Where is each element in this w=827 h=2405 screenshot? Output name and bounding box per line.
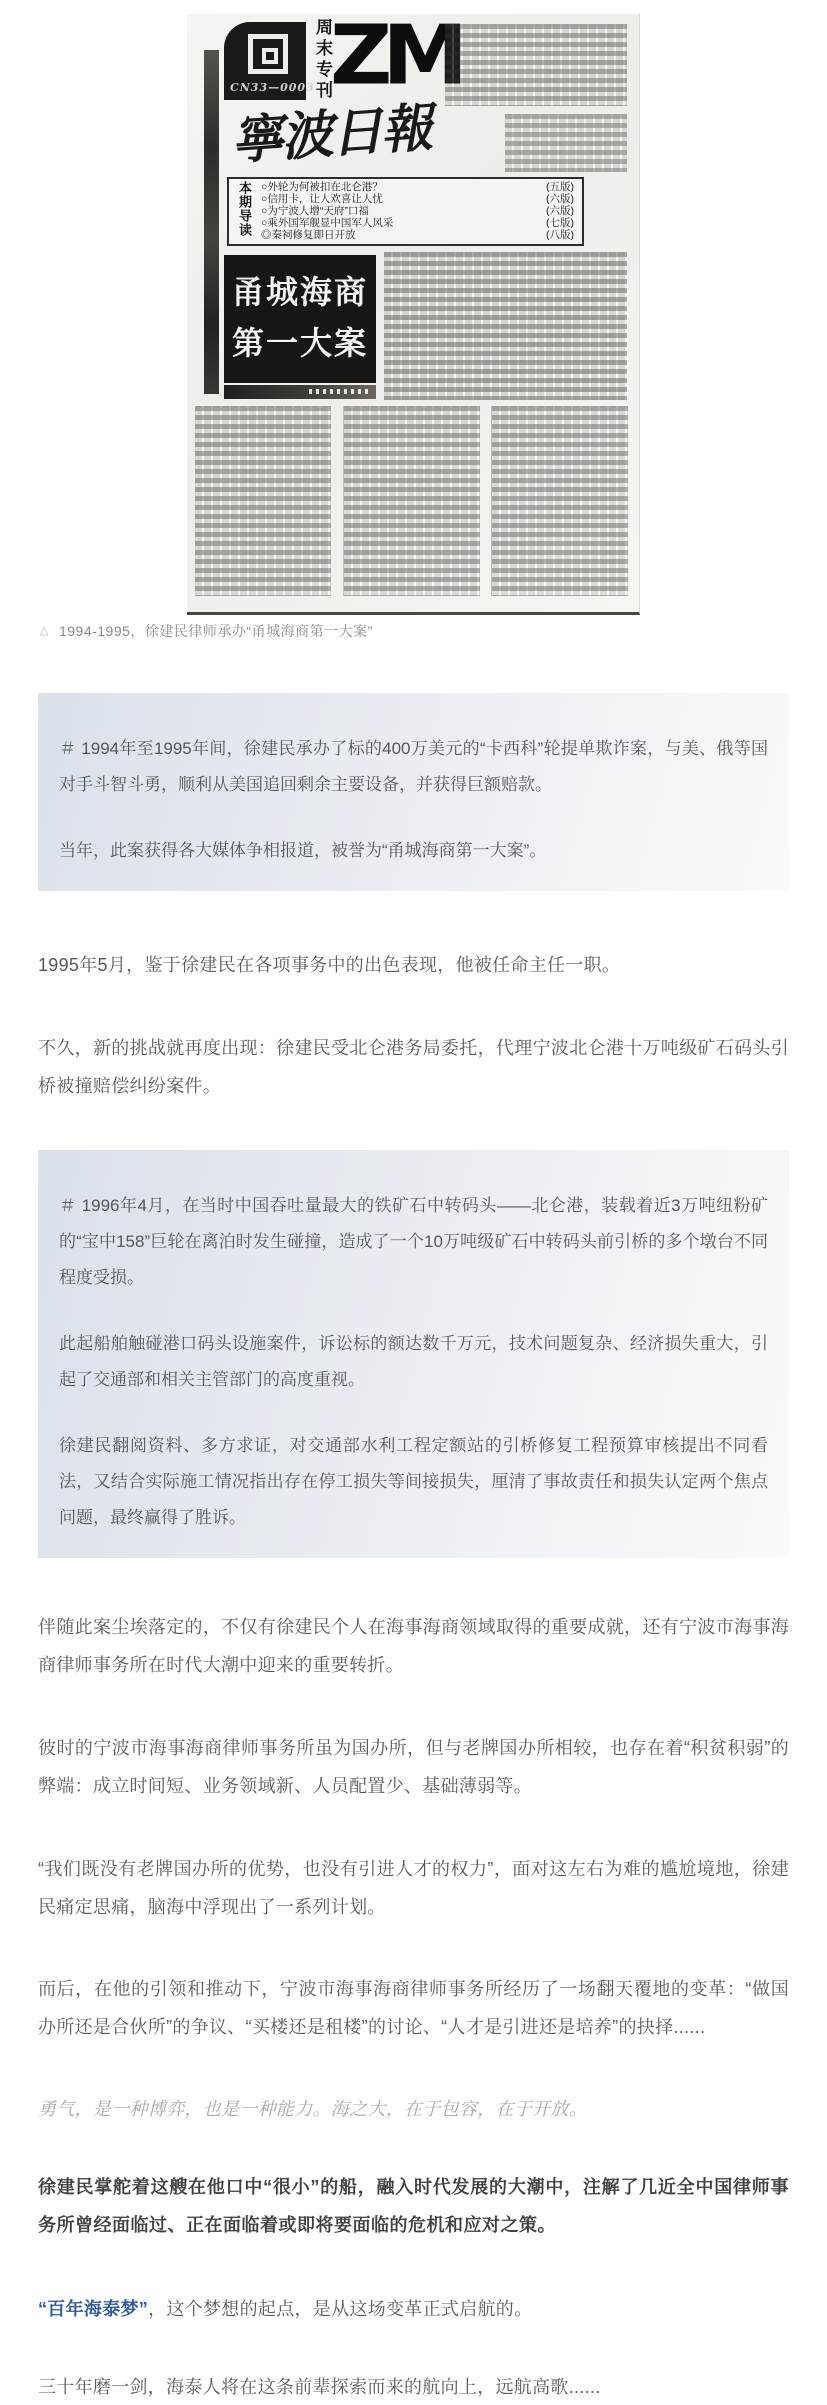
quote-paragraph: 徐建民翻阅资料、多方求证，对交通部水利工程定额站的引桥修复工程预算审核提出不同看…: [59, 1428, 768, 1536]
caption-text: 1994-1995，徐建民律师承办“甬城海商第一大案”: [59, 621, 373, 641]
dream-rest-text: ，这个梦想的起点，是从这场变革正式启航的。: [148, 2299, 532, 2319]
article-paragraph-appointment: 1995年5月，鉴于徐建民在各项事务中的出色表现，他被任命主任一职。: [38, 946, 789, 984]
index-item-text: ○乘外国军舰显中国军人风采: [261, 218, 393, 230]
newspaper-headline-line1: 甬城海商: [224, 267, 376, 318]
quote-block-beilun-collision: ＃ 1996年4月，在当时中国吞吐量最大的铁矿石中转码头——北仑港，装载着近3万…: [38, 1150, 789, 1558]
newspaper-logo-icon: [248, 34, 288, 74]
newspaper-bodytext-right: [384, 252, 627, 400]
quote-block-casico-case: ＃ 1994年至1995年间，徐建民承办了标的400万美元的“卡西科”轮提单欺诈…: [38, 693, 789, 891]
newspaper-index-title: 本期导读: [229, 179, 257, 244]
article-paragraph-closing: 三十年磨一剑，海泰人将在这条前辈探索而来的航向上，远航高歌......: [38, 2368, 789, 2405]
newspaper-bodytext-col3: [491, 406, 628, 596]
index-item: ○外轮为何被扣在北仑港？ (五版): [261, 182, 574, 194]
newspaper-index-box: 本期导读 ○外轮为何被扣在北仑港？ (五版) ○信用卡，让人欢喜让人忧 (六版)…: [227, 177, 584, 246]
newspaper-headline-line2: 第一大案: [224, 318, 376, 369]
newspaper-byline-text: [309, 389, 371, 394]
dream-highlight-text: “百年海泰梦”: [38, 2299, 148, 2319]
index-item-page: (七版): [546, 218, 574, 230]
index-item-page: (八版): [546, 230, 574, 242]
article-paragraph-dilemma: “我们既没有老牌国办所的优势，也没有引进人才的权力”，面对这左右为难的尴尬境地，…: [38, 1850, 789, 1926]
newspaper-scan-image[interactable]: CN33—0003 周末专刊 ZM 寧波日報 本期导读 ○外轮为何被扣在北仑港？…: [187, 14, 640, 615]
index-item-page: (六版): [546, 206, 574, 218]
article-paragraph-turning-point: 伴随此案尘埃落定的，不仅有徐建民个人在海事海商领域取得的重要成就，还有宁波市海事…: [38, 1608, 789, 1684]
newspaper-byline-strip: [224, 385, 376, 399]
newspaper-smalltext-right: [505, 114, 627, 172]
index-item: ◎秦祠修复即日开放 (八版): [261, 230, 574, 242]
newspaper-logo-box: CN33—0003: [224, 22, 306, 100]
index-item-text: ○为宁波人增“天府”口福: [261, 206, 369, 218]
index-item-text: ◎秦祠修复即日开放: [261, 230, 356, 242]
newspaper-masthead: 寧波日報: [229, 93, 493, 177]
article-paragraph-dream: “百年海泰梦”，这个梦想的起点，是从这场变革正式启航的。: [38, 2290, 789, 2328]
quote-paragraph: 当年，此案获得各大媒体争相报道，被誉为“甬城海商第一大案”。: [59, 833, 768, 869]
article-paragraph-firm-weakness: 彼时的宁波市海事海商律师事务所虽为国办所，但与老牌国办所相较，也存在着“积贫积弱…: [38, 1729, 789, 1805]
caption-triangle-icon: △: [40, 626, 49, 637]
newspaper-index-list: ○外轮为何被扣在北仑港？ (五版) ○信用卡，让人欢喜让人忧 (六版) ○为宁波…: [257, 179, 582, 244]
article-pullquote-courage: 勇气，是一种博弈，也是一种能力。海之大，在于包容，在于开放。: [38, 2090, 789, 2128]
article-paragraph-helmsman: 徐建民掌舵着这艘在他口中“很小”的船，融入时代发展的大潮中，注解了几近全中国律师…: [38, 2168, 789, 2244]
quote-paragraph: 此起船舶触碰港口码头设施案件，诉讼标的额达数千万元，技术问题复杂、经济损失重大，…: [59, 1326, 768, 1398]
newspaper-zm-logo: ZM: [330, 9, 440, 104]
quote-paragraph: ＃ 1996年4月，在当时中国吞吐量最大的铁矿石中转码头——北仑港，装载着近3万…: [59, 1188, 768, 1296]
newspaper-bodytext-col2: [343, 406, 480, 596]
article-paragraph-reform: 而后，在他的引领和推动下，宁波市海事海商律师事务所经历了一场翻天覆地的变革：“做…: [38, 1970, 789, 2046]
newspaper-issue-code: CN33—0003: [230, 81, 315, 94]
index-item-text: ○信用卡，让人欢喜让人忧: [261, 194, 383, 206]
newspaper-fold-strip: [204, 50, 219, 394]
newspaper-headline-box: 甬城海商 第一大案: [224, 255, 376, 383]
index-item-text: ○外轮为何被扣在北仑港？: [261, 182, 383, 194]
index-item: ○为宁波人增“天府”口福 (六版): [261, 206, 574, 218]
index-item-page: (五版): [546, 182, 574, 194]
index-item: ○乘外国军舰显中国军人风采 (七版): [261, 218, 574, 230]
index-item: ○信用卡，让人欢喜让人忧 (六版): [261, 194, 574, 206]
article-paragraph-new-challenge: 不久，新的挑战就再度出现：徐建民受北仑港务局委托，代理宁波北仑港十万吨级矿石码头…: [38, 1029, 789, 1105]
image-caption: △ 1994-1995，徐建民律师承办“甬城海商第一大案”: [38, 621, 789, 641]
index-item-page: (六版): [546, 194, 574, 206]
quote-paragraph: ＃ 1994年至1995年间，徐建民承办了标的400万美元的“卡西科”轮提单欺诈…: [59, 731, 768, 803]
newspaper-bodytext-col1: [195, 406, 331, 596]
